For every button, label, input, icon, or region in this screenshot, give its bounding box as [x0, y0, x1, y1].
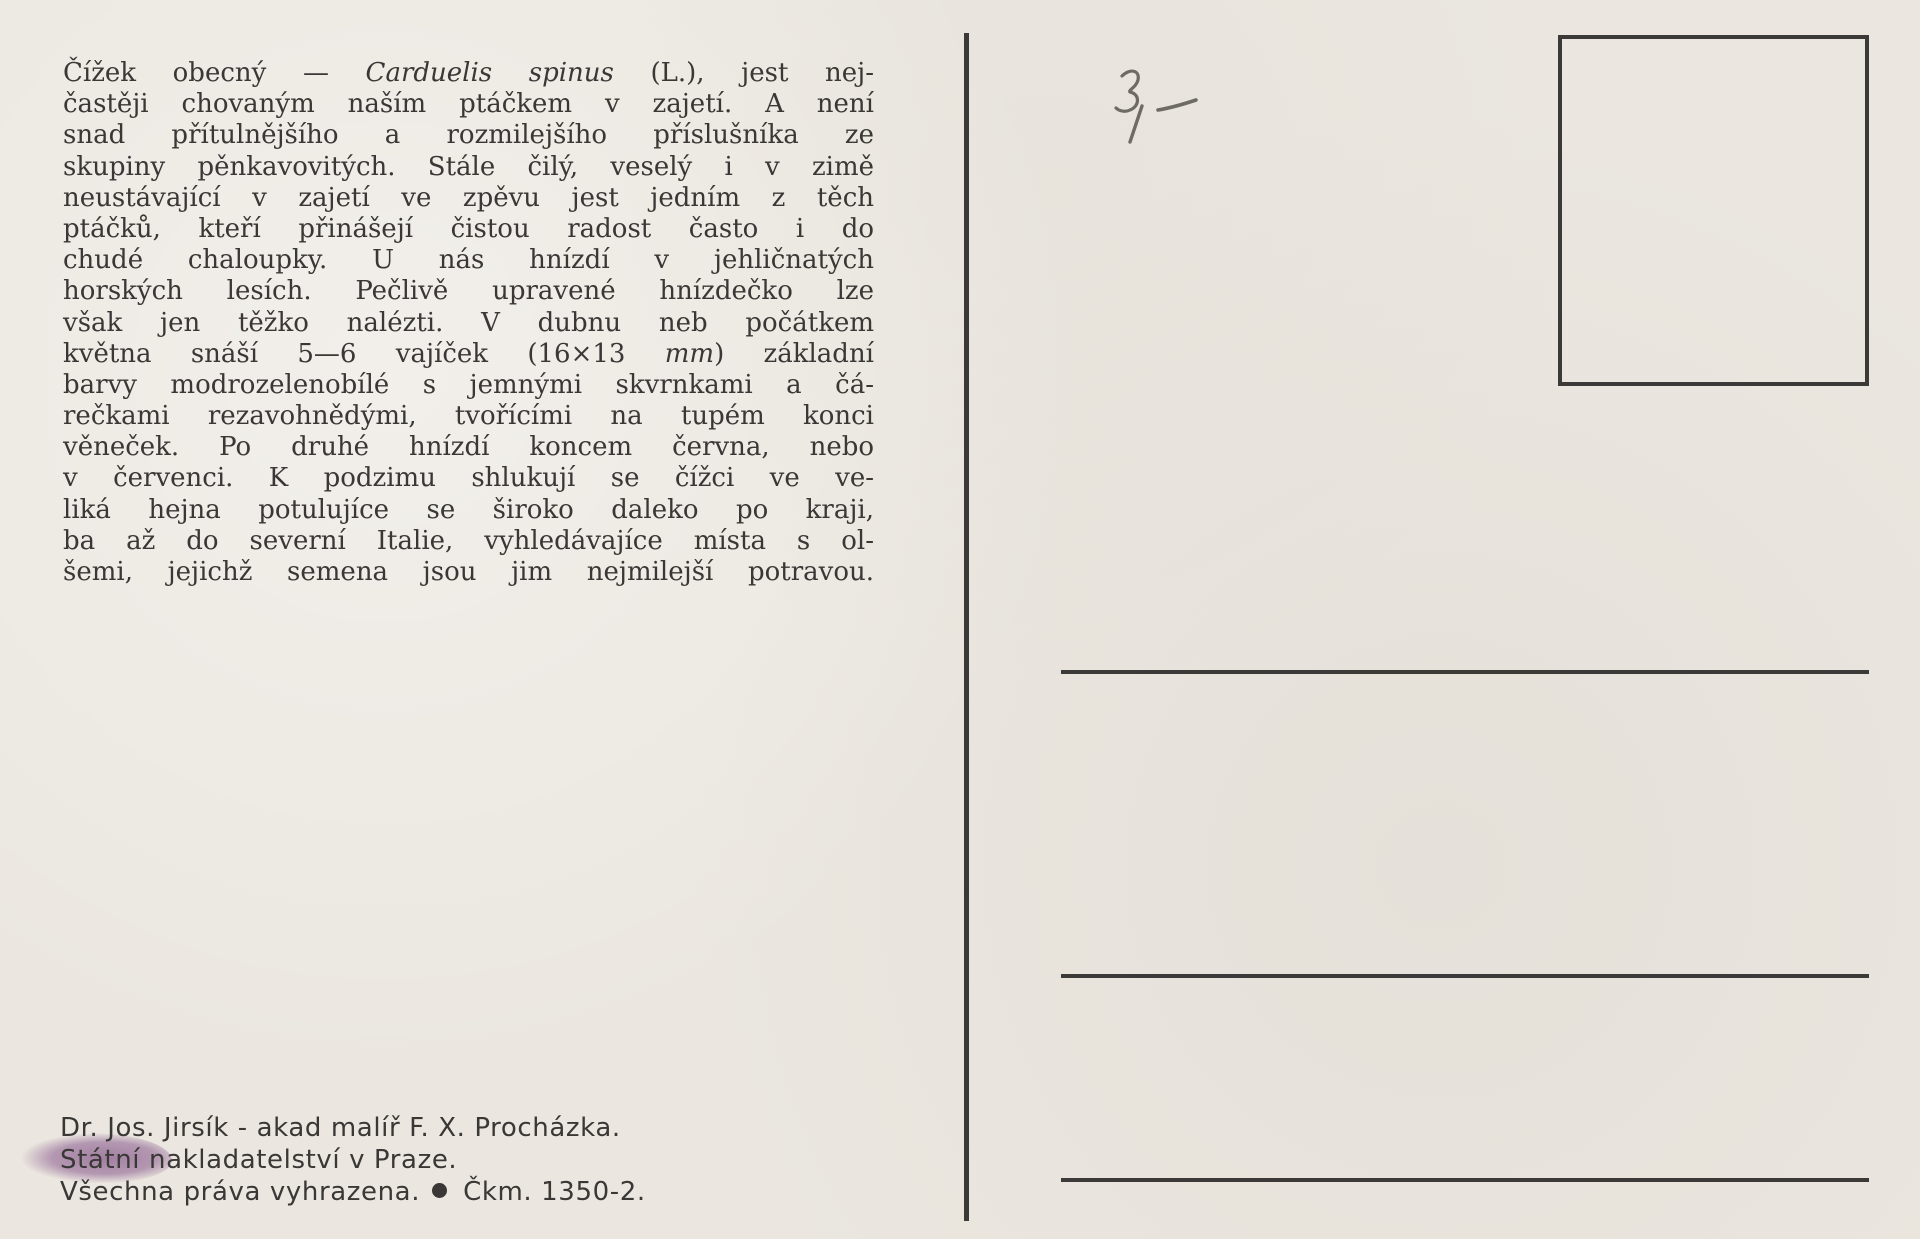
rights-line: Všechna práva vyhrazena.Čkm. 1350-2. — [60, 1176, 646, 1208]
description-line: neustávající v zajetí ve zpěvu jest jedn… — [63, 183, 874, 214]
publisher-name: Státní nakladatelství v Praze. — [60, 1144, 646, 1176]
rights-text: Všechna práva vyhrazena. — [60, 1177, 420, 1207]
description-line: chudé chaloupky. U nás hnízdí v jehlična… — [63, 245, 874, 276]
catalog-code: Čkm. 1350-2. — [463, 1177, 646, 1207]
description-line: horských lesích. Pečlivě upravené hnízde… — [63, 276, 874, 307]
description-line: v červenci. K podzimu shlukují se čížci … — [63, 463, 874, 494]
description-line: šemi, jejichž semena jsou jim nejmilejší… — [63, 557, 874, 588]
latin-name: Carduelis spinus — [366, 58, 614, 88]
stamp-placeholder-box — [1558, 35, 1869, 386]
description-text: (L.), jest nej- — [614, 58, 874, 88]
description-line: častěji chovaným naším ptáčkem v zajetí.… — [63, 89, 874, 120]
common-name: Čížek obecný — — [63, 58, 366, 88]
description-text: května snáší 5—6 vajíček (16×13 — [63, 339, 665, 369]
unit-text: mm — [665, 339, 714, 369]
description-line: května snáší 5—6 vajíček (16×13 mm) zákl… — [63, 339, 874, 370]
bullet-dot-icon — [432, 1183, 447, 1198]
author-credit: Dr. Jos. Jirsík - akad malíř F. X. Proch… — [60, 1112, 646, 1144]
postcard-back: Čížek obecný — Carduelis spinus (L.), je… — [0, 0, 1920, 1239]
center-divider — [964, 33, 969, 1221]
description-line: barvy modrozelenobílé s jemnými skvrnkam… — [63, 370, 874, 401]
description-line: skupiny pěnkavovitých. Stále čilý, vesel… — [63, 152, 874, 183]
description-line: věneček. Po druhé hnízdí koncem června, … — [63, 432, 874, 463]
species-description: Čížek obecný — Carduelis spinus (L.), je… — [63, 58, 874, 588]
description-line: ptáčků, kteří přinášejí čistou radost ča… — [63, 214, 874, 245]
handwritten-price: 3,- — [1100, 58, 1220, 158]
description-line: snad přítulnějšího a rozmilejšího příslu… — [63, 120, 874, 151]
publisher-credits: Dr. Jos. Jirsík - akad malíř F. X. Proch… — [60, 1112, 646, 1208]
address-line-1 — [1061, 670, 1869, 674]
description-line: Čížek obecný — Carduelis spinus (L.), je… — [63, 58, 874, 89]
description-line: liká hejna potulujíce se široko daleko p… — [63, 495, 874, 526]
address-line-2 — [1061, 974, 1869, 978]
description-text: ) základní — [714, 339, 874, 369]
description-line: ba až do severní Italie, vyhledávajíce m… — [63, 526, 874, 557]
description-line: však jen těžko nalézti. V dubnu neb počá… — [63, 308, 874, 339]
address-line-3 — [1061, 1178, 1869, 1182]
description-line: rečkami rezavohnědými, tvořícími na tupé… — [63, 401, 874, 432]
